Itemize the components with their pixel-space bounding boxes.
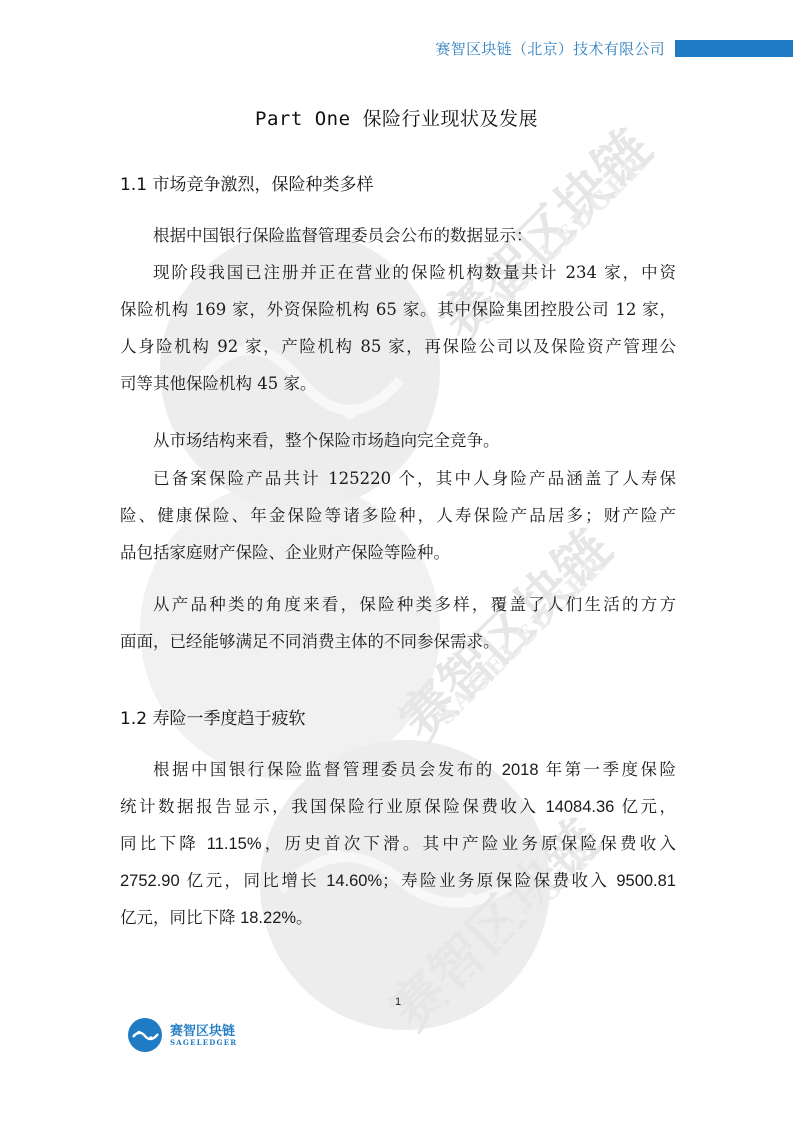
paragraph-products: 已备案保险产品共计 125220 个，其中人身险产品涵盖了人寿保 险、健康保险、…	[120, 460, 676, 571]
section-heading-1-2: 1.2 寿险一季度趋于疲软	[120, 704, 305, 729]
paragraph-line: 同比下降 11.15%，历史首次下滑。其中产险业务原保险保费收入	[120, 826, 676, 863]
paragraph-institutions: 现阶段我国已注册并正在营业的保险机构数量共计 234 家，中资 保险机构 169…	[120, 254, 676, 402]
paragraph-line: 从市场结构来看，整个保险市场趋向完全竞争。	[120, 422, 676, 459]
footer-logo-cn-text: 赛智区块链	[170, 1020, 235, 1039]
paragraph-market-structure: 从市场结构来看，整个保险市场趋向完全竞争。	[120, 422, 676, 459]
paragraph-q1-premiums: 根据中国银行保险监督管理委员会发布的 2018 年第一季度保险 统计数据报告显示…	[120, 752, 676, 937]
paragraph-intro: 根据中国银行保险监督管理委员会公布的数据显示：	[120, 217, 676, 254]
paragraph-line: 现阶段我国已注册并正在营业的保险机构数量共计 234 家，中资	[120, 254, 676, 291]
paragraph-line: 亿元，同比下降 18.22%。	[120, 900, 676, 937]
paragraph-line: 人身险机构 92 家，产险机构 85 家，再保险公司以及保险资产管理公	[120, 328, 676, 365]
header-company-name: 赛智区块链（北京）技术有限公司	[435, 38, 665, 59]
paragraph-line: 已备案保险产品共计 125220 个，其中人身险产品涵盖了人寿保	[120, 460, 676, 497]
sageledger-logo-icon	[128, 1018, 162, 1052]
paragraph-line: 根据中国银行保险监督管理委员会公布的数据显示：	[120, 217, 676, 254]
paragraph-line: 品包括家庭财产保险、企业财产保险等险种。	[120, 534, 676, 571]
paragraph-line: 险、健康保险、年金保险等诸多险种，人寿保险产品居多；财产险产	[120, 497, 676, 534]
footer-logo: 赛智区块链 SAGELEDGER	[128, 1016, 268, 1056]
section-heading-1-1: 1.1 市场竞争激烈，保险种类多样	[120, 170, 373, 195]
paragraph-line: 司等其他保险机构 45 家。	[120, 365, 676, 402]
paragraph-line: 根据中国银行保险监督管理委员会发布的 2018 年第一季度保险	[120, 752, 676, 789]
paragraph-line: 保险机构 169 家，外资保险机构 65 家。其中保险集团控股公司 12 家，	[120, 291, 676, 328]
paragraph-line: 从产品种类的角度来看，保险种类多样，覆盖了人们生活的方方	[120, 586, 676, 623]
footer-logo-en-text: SAGELEDGER	[170, 1038, 237, 1047]
paragraph-product-variety: 从产品种类的角度来看，保险种类多样，覆盖了人们生活的方方 面面，已经能够满足不同…	[120, 586, 676, 660]
page-header: 赛智区块链（北京）技术有限公司	[0, 36, 793, 60]
page-title: Part One 保险行业现状及发展	[0, 104, 793, 131]
page-number: 1	[395, 996, 401, 1008]
paragraph-line: 统计数据报告显示，我国保险行业原保险保费收入 14084.36 亿元，	[120, 789, 676, 826]
header-accent-bar	[675, 40, 793, 57]
paragraph-line: 2752.90 亿元，同比增长 14.60%；寿险业务原保险保费收入 9500.…	[120, 863, 676, 900]
paragraph-line: 面面，已经能够满足不同消费主体的不同参保需求。	[120, 623, 676, 660]
